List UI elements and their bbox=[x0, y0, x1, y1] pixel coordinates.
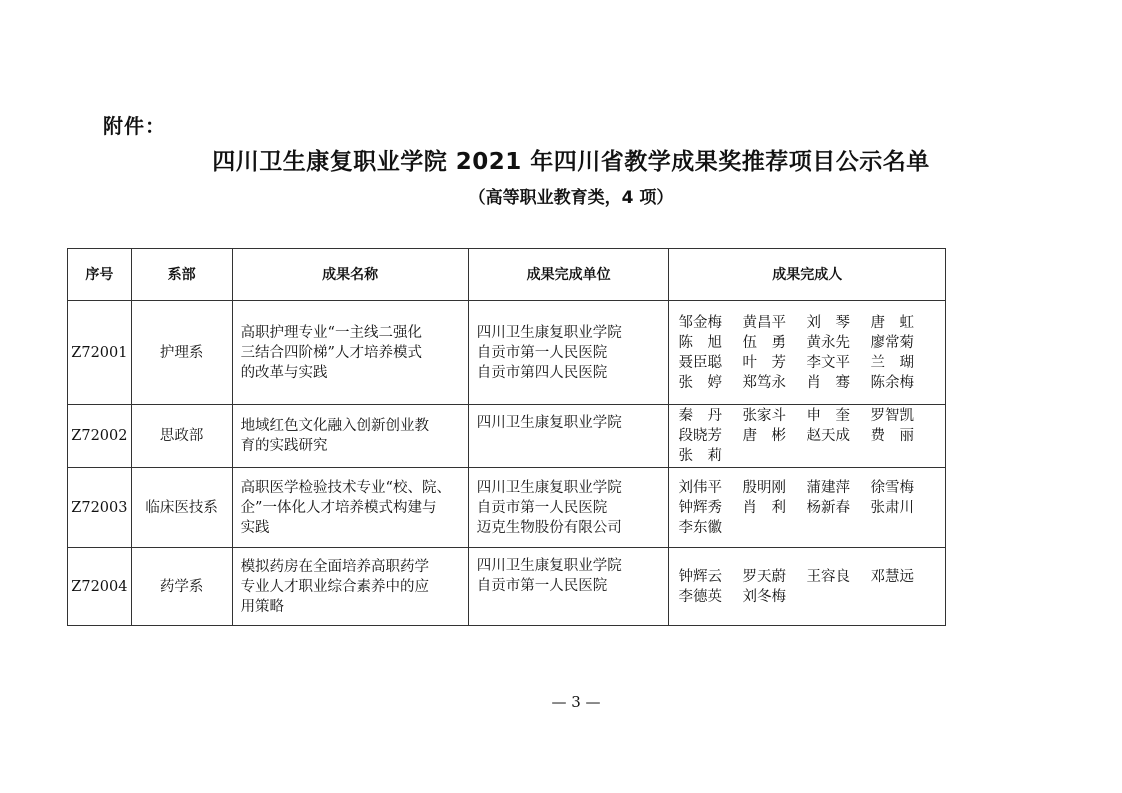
document-title: 四川卫生康复职业学院 2021 年四川省教学成果奖推荐项目公示名单 bbox=[0, 143, 1122, 176]
person-name: 钟辉云 bbox=[678, 567, 742, 587]
person-name: 罗智凯 bbox=[870, 406, 934, 426]
person-name: 赵天成 bbox=[806, 426, 870, 446]
cell-dept: 护理系 bbox=[131, 301, 232, 405]
person-name: 唐 彬 bbox=[742, 426, 806, 446]
name-line: 企”一体化人才培养模式构建与 bbox=[241, 498, 467, 518]
person-name: 申 奎 bbox=[806, 406, 870, 426]
table-row: Z72003 临床医技系 高职医学检验技术专业“校、院、 企”一体化人才培养模式… bbox=[68, 468, 946, 548]
unit-line: 四川卫生康复职业学院 bbox=[477, 478, 668, 498]
person-name: 刘冬梅 bbox=[742, 587, 806, 607]
person-name: 陈 旭 bbox=[678, 333, 742, 353]
person-name: 李德英 bbox=[678, 587, 742, 607]
name-line: 高职医学检验技术专业“校、院、 bbox=[241, 478, 467, 498]
person-name: 叶 芳 bbox=[742, 353, 806, 373]
unit-line: 自贡市第一人民医院 bbox=[477, 576, 668, 596]
name-line: 高职护理专业“一主线二强化 bbox=[241, 323, 467, 343]
table-row: Z72001 护理系 高职护理专业“一主线二强化 三结合四阶梯”人才培养模式 的… bbox=[68, 301, 946, 405]
person-name: 廖常菊 bbox=[870, 333, 934, 353]
attachment-label: 附件： bbox=[103, 110, 166, 139]
cell-name: 模拟药房在全面培养高职药学 专业人才职业综合素养中的应 用策略 bbox=[232, 548, 468, 626]
person-name: 伍 勇 bbox=[742, 333, 806, 353]
header-name: 成果名称 bbox=[232, 249, 468, 301]
table-header-row: 序号 系部 成果名称 成果完成单位 成果完成人 bbox=[68, 249, 946, 301]
name-line: 实践 bbox=[241, 518, 467, 538]
cell-units: 四川卫生康复职业学院 自贡市第一人民医院 自贡市第四人民医院 bbox=[468, 301, 669, 405]
cell-units: 四川卫生康复职业学院 自贡市第一人民医院 bbox=[468, 548, 669, 626]
header-dept: 系部 bbox=[131, 249, 232, 301]
document-subtitle: （高等职业教育类，4 项） bbox=[0, 183, 1122, 208]
person-name: 费 丽 bbox=[870, 426, 934, 446]
name-line: 模拟药房在全面培养高职药学 bbox=[241, 557, 467, 577]
person-name: 王容良 bbox=[806, 567, 870, 587]
header-units: 成果完成单位 bbox=[468, 249, 669, 301]
table-row: Z72004 药学系 模拟药房在全面培养高职药学 专业人才职业综合素养中的应 用… bbox=[68, 548, 946, 626]
unit-line: 四川卫生康复职业学院 bbox=[477, 556, 668, 576]
cell-id: Z72001 bbox=[68, 301, 132, 405]
header-id: 序号 bbox=[68, 249, 132, 301]
cell-units: 四川卫生康复职业学院 bbox=[468, 405, 669, 468]
unit-line: 迈克生物股份有限公司 bbox=[477, 518, 668, 538]
cell-dept: 药学系 bbox=[131, 548, 232, 626]
person-name: 黄昌平 bbox=[742, 313, 806, 333]
person-name: 蒲建萍 bbox=[806, 478, 870, 498]
person-name: 兰 瑚 bbox=[870, 353, 934, 373]
cell-id: Z72004 bbox=[68, 548, 132, 626]
page-number: — 3 — bbox=[0, 693, 1122, 711]
person-name: 秦 丹 bbox=[678, 406, 742, 426]
person-name: 杨新春 bbox=[806, 498, 870, 518]
table-row: Z72002 思政部 地域红色文化融入创新创业教 育的实践研究 四川卫生康复职业… bbox=[68, 405, 946, 468]
cell-units: 四川卫生康复职业学院 自贡市第一人民医院 迈克生物股份有限公司 bbox=[468, 468, 669, 548]
results-table: 序号 系部 成果名称 成果完成单位 成果完成人 Z72001 护理系 高职护理专… bbox=[67, 248, 946, 626]
cell-id: Z72002 bbox=[68, 405, 132, 468]
person-name: 刘伟平 bbox=[678, 478, 742, 498]
person-name: 李文平 bbox=[806, 353, 870, 373]
person-name: 邹金梅 bbox=[678, 313, 742, 333]
cell-name: 高职护理专业“一主线二强化 三结合四阶梯”人才培养模式 的改革与实践 bbox=[232, 301, 468, 405]
person-name: 黄永先 bbox=[806, 333, 870, 353]
cell-people: 刘伟平 殷明刚 蒲建萍 徐雪梅 钟辉秀 肖 利 杨新春 张肃川 李东徽 bbox=[669, 468, 946, 548]
unit-line: 自贡市第一人民医院 bbox=[477, 498, 668, 518]
person-name: 陈余梅 bbox=[870, 373, 934, 393]
name-line: 育的实践研究 bbox=[241, 436, 467, 456]
name-line: 的改革与实践 bbox=[241, 363, 467, 383]
cell-name: 地域红色文化融入创新创业教 育的实践研究 bbox=[232, 405, 468, 468]
person-name: 聂臣聪 bbox=[678, 353, 742, 373]
header-people: 成果完成人 bbox=[669, 249, 946, 301]
person-name: 郑笃永 bbox=[742, 373, 806, 393]
unit-line: 自贡市第四人民医院 bbox=[477, 363, 668, 383]
person-name: 邓慧远 bbox=[870, 567, 934, 587]
cell-name: 高职医学检验技术专业“校、院、 企”一体化人才培养模式构建与 实践 bbox=[232, 468, 468, 548]
person-name: 唐 虹 bbox=[870, 313, 934, 333]
person-name: 张家斗 bbox=[742, 406, 806, 426]
person-name: 张肃川 bbox=[870, 498, 934, 518]
unit-line: 四川卫生康复职业学院 bbox=[477, 413, 668, 433]
person-name: 殷明刚 bbox=[742, 478, 806, 498]
cell-dept: 临床医技系 bbox=[131, 468, 232, 548]
person-name: 钟辉秀 bbox=[678, 498, 742, 518]
person-name: 张 婷 bbox=[678, 373, 742, 393]
unit-line: 四川卫生康复职业学院 bbox=[477, 323, 668, 343]
name-line: 地域红色文化融入创新创业教 bbox=[241, 416, 467, 436]
cell-id: Z72003 bbox=[68, 468, 132, 548]
person-name: 张 莉 bbox=[678, 446, 742, 466]
person-name: 段晓芳 bbox=[678, 426, 742, 446]
person-name: 李东徽 bbox=[678, 518, 742, 538]
person-name: 肖 利 bbox=[742, 498, 806, 518]
person-name: 徐雪梅 bbox=[870, 478, 934, 498]
cell-people: 邹金梅 黄昌平 刘 琴 唐 虹 陈 旭 伍 勇 黄永先 廖常菊 聂臣聪 叶 芳 … bbox=[669, 301, 946, 405]
person-name: 肖 骞 bbox=[806, 373, 870, 393]
cell-people: 秦 丹 张家斗 申 奎 罗智凯 段晓芳 唐 彬 赵天成 费 丽 张 莉 bbox=[669, 405, 946, 468]
name-line: 三结合四阶梯”人才培养模式 bbox=[241, 343, 467, 363]
cell-people: 钟辉云 罗天蔚 王容良 邓慧远 李德英 刘冬梅 bbox=[669, 548, 946, 626]
person-name: 罗天蔚 bbox=[742, 567, 806, 587]
name-line: 专业人才职业综合素养中的应 bbox=[241, 577, 467, 597]
name-line: 用策略 bbox=[241, 597, 467, 617]
unit-line: 自贡市第一人民医院 bbox=[477, 343, 668, 363]
person-name: 刘 琴 bbox=[806, 313, 870, 333]
cell-dept: 思政部 bbox=[131, 405, 232, 468]
